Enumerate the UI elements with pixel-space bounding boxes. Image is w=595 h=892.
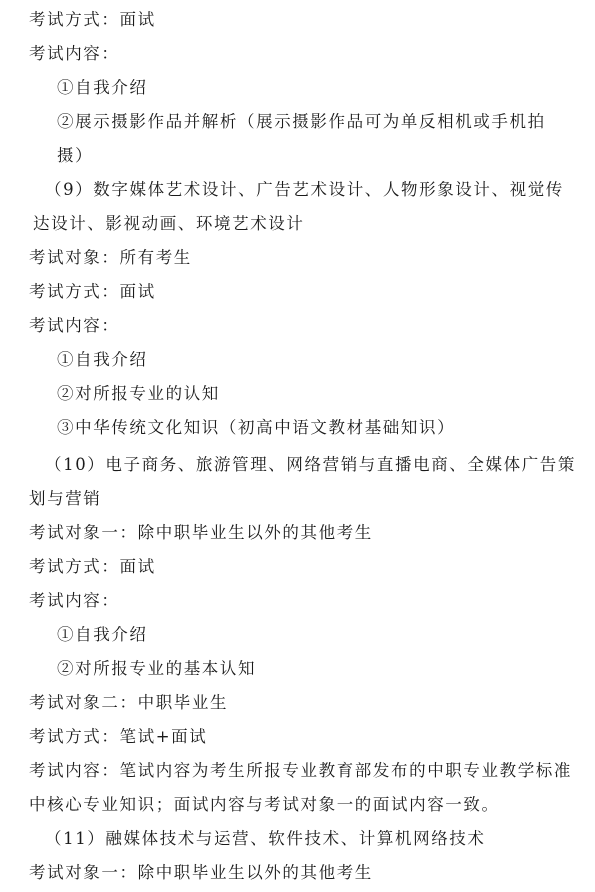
exam-method-line: 考试方式：面试 <box>29 557 156 577</box>
exam-content-label: 考试内容： <box>29 591 120 611</box>
exam-target-line: 考试对象二：中职毕业生 <box>29 693 228 713</box>
content-item: ①自我介绍 <box>57 350 148 370</box>
content-item: ③中华传统文化知识（初高中语文教材基础知识） <box>57 418 455 438</box>
exam-target-line: 考试对象一：除中职毕业生以外的其他考生 <box>29 523 373 543</box>
exam-target-line: 考试对象：所有考生 <box>29 248 192 268</box>
exam-content-line: 考试内容：笔试内容为考生所报专业教育部发布的中职专业教学标准 <box>29 761 572 781</box>
content-item: ②对所报专业的认知 <box>57 384 220 404</box>
content-item: ①自我介绍 <box>57 625 148 645</box>
content-item-cont: 摄） <box>57 146 93 166</box>
content-item: ①自我介绍 <box>57 78 148 98</box>
exam-content-line-cont: 中核心专业知识；面试内容与考试对象一的面试内容一致。 <box>29 795 500 815</box>
exam-method-line: 考试方式：面试 <box>29 10 156 30</box>
section-heading-10-cont: 划与营销 <box>29 489 101 509</box>
section-heading-9-cont: 达设计、影视动画、环境艺术设计 <box>33 214 305 234</box>
content-item: ②对所报专业的基本认知 <box>57 659 256 679</box>
exam-method-line: 考试方式：笔试+面试 <box>29 727 207 747</box>
content-item: ②展示摄影作品并解析（展示摄影作品可为单反相机或手机拍 <box>57 112 546 132</box>
exam-content-label: 考试内容： <box>29 44 120 64</box>
exam-content-label: 考试内容： <box>29 316 120 336</box>
exam-method-line: 考试方式：面试 <box>29 282 156 302</box>
exam-target-line: 考试对象一：除中职毕业生以外的其他考生 <box>29 863 373 883</box>
section-heading-9: （9）数字媒体艺术设计、广告艺术设计、人物形象设计、视觉传 <box>45 180 564 200</box>
section-heading-10: （10）电子商务、旅游管理、网络营销与直播电商、全媒体广告策 <box>45 455 576 475</box>
section-heading-11: （11）融媒体技术与运营、软件技术、计算机网络技术 <box>45 829 486 849</box>
